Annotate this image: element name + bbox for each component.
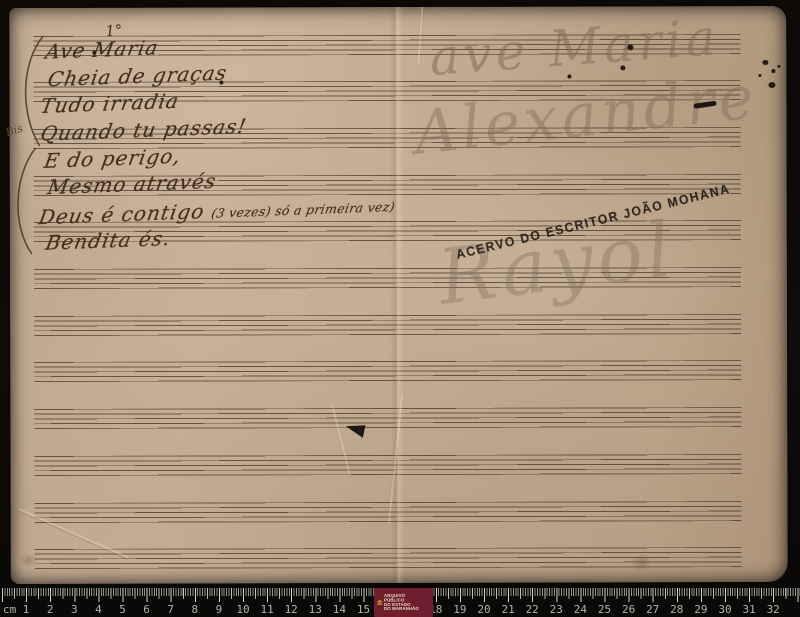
ruler-number: 2 — [40, 603, 60, 616]
ruler-number: 24 — [570, 603, 590, 616]
ruler-number: 29 — [691, 603, 711, 616]
music-staff — [34, 454, 741, 476]
ruler-number: 8 — [185, 603, 205, 616]
ink-splatter — [768, 82, 775, 88]
ruler-number: 27 — [643, 603, 663, 616]
ruler-number: 28 — [667, 603, 687, 616]
ruler-number: 1 — [16, 603, 36, 616]
ruler-number: 31 — [739, 603, 759, 616]
smudge-stain — [19, 554, 39, 566]
ruler-number: 9 — [209, 603, 229, 616]
ink-spot — [567, 75, 571, 79]
ruler-unit-label: cm — [3, 603, 16, 616]
ruler-number: 10 — [233, 603, 253, 616]
ruler-number: 14 — [329, 603, 349, 616]
ruler-number: 23 — [546, 603, 566, 616]
ink-spot — [92, 51, 96, 55]
ink-splatter — [771, 69, 775, 73]
archive-logo-line: ARQUIVO — [384, 594, 419, 598]
ruler-number: 7 — [161, 603, 181, 616]
lyric-line: Ave Maria — [44, 35, 161, 63]
ruler-number: 12 — [281, 603, 301, 616]
lyric-line: Tudo irradia — [38, 89, 181, 118]
lyric-line: E do perigo, — [42, 144, 183, 173]
music-staff — [34, 407, 741, 429]
repeat-note: (3 vezes) só a primeira vez) — [210, 199, 396, 221]
ink-splatter — [777, 65, 780, 68]
scanned-document-scene: ave Maria Alexandre Rayol ACERVO DO ESCR… — [0, 0, 800, 617]
manuscript-page: ave Maria Alexandre Rayol ACERVO DO ESCR… — [9, 6, 788, 584]
ruler-number: 21 — [498, 603, 518, 616]
ruler-number: 25 — [595, 603, 615, 616]
ink-splatter — [758, 74, 761, 77]
measurement-ruler: cm 1234567891011121314151617181920212223… — [0, 588, 800, 617]
ink-triangle-mark — [344, 421, 365, 438]
ruler-number: 13 — [305, 603, 325, 616]
archive-logo: ARQUIVO PÚBLICO DO ESTADO DO MARANHÃO — [374, 588, 433, 617]
ruler-number: 5 — [113, 603, 133, 616]
ruler-number: 20 — [474, 603, 494, 616]
archive-building-icon — [377, 592, 382, 613]
ruler-number: 3 — [64, 603, 84, 616]
ink-spot — [620, 65, 625, 70]
archive-logo-line: DO ESTADO — [384, 603, 419, 607]
ruler-number: 32 — [763, 603, 783, 616]
ruler-number: 6 — [137, 603, 157, 616]
ink-spot — [627, 44, 633, 50]
ruler-number: 11 — [257, 603, 277, 616]
lyric-line: Bendita és. — [44, 226, 173, 255]
ruler-number: 22 — [522, 603, 542, 616]
archive-logo-line: PÚBLICO — [384, 598, 419, 602]
music-staff — [34, 314, 741, 336]
ruler-number: 19 — [450, 603, 470, 616]
music-staff — [34, 360, 741, 382]
ruler-number: 30 — [715, 603, 735, 616]
ruler-number: 4 — [88, 603, 108, 616]
ink-spot — [219, 80, 223, 84]
archive-logo-line: DO MARANHÃO — [384, 607, 419, 611]
ruler-number: 26 — [619, 603, 639, 616]
ink-splatter — [762, 60, 768, 65]
ruler-number: 15 — [354, 603, 374, 616]
archive-logo-text: ARQUIVO PÚBLICO DO ESTADO DO MARANHÃO — [384, 594, 419, 611]
smudge-stain — [629, 554, 655, 570]
